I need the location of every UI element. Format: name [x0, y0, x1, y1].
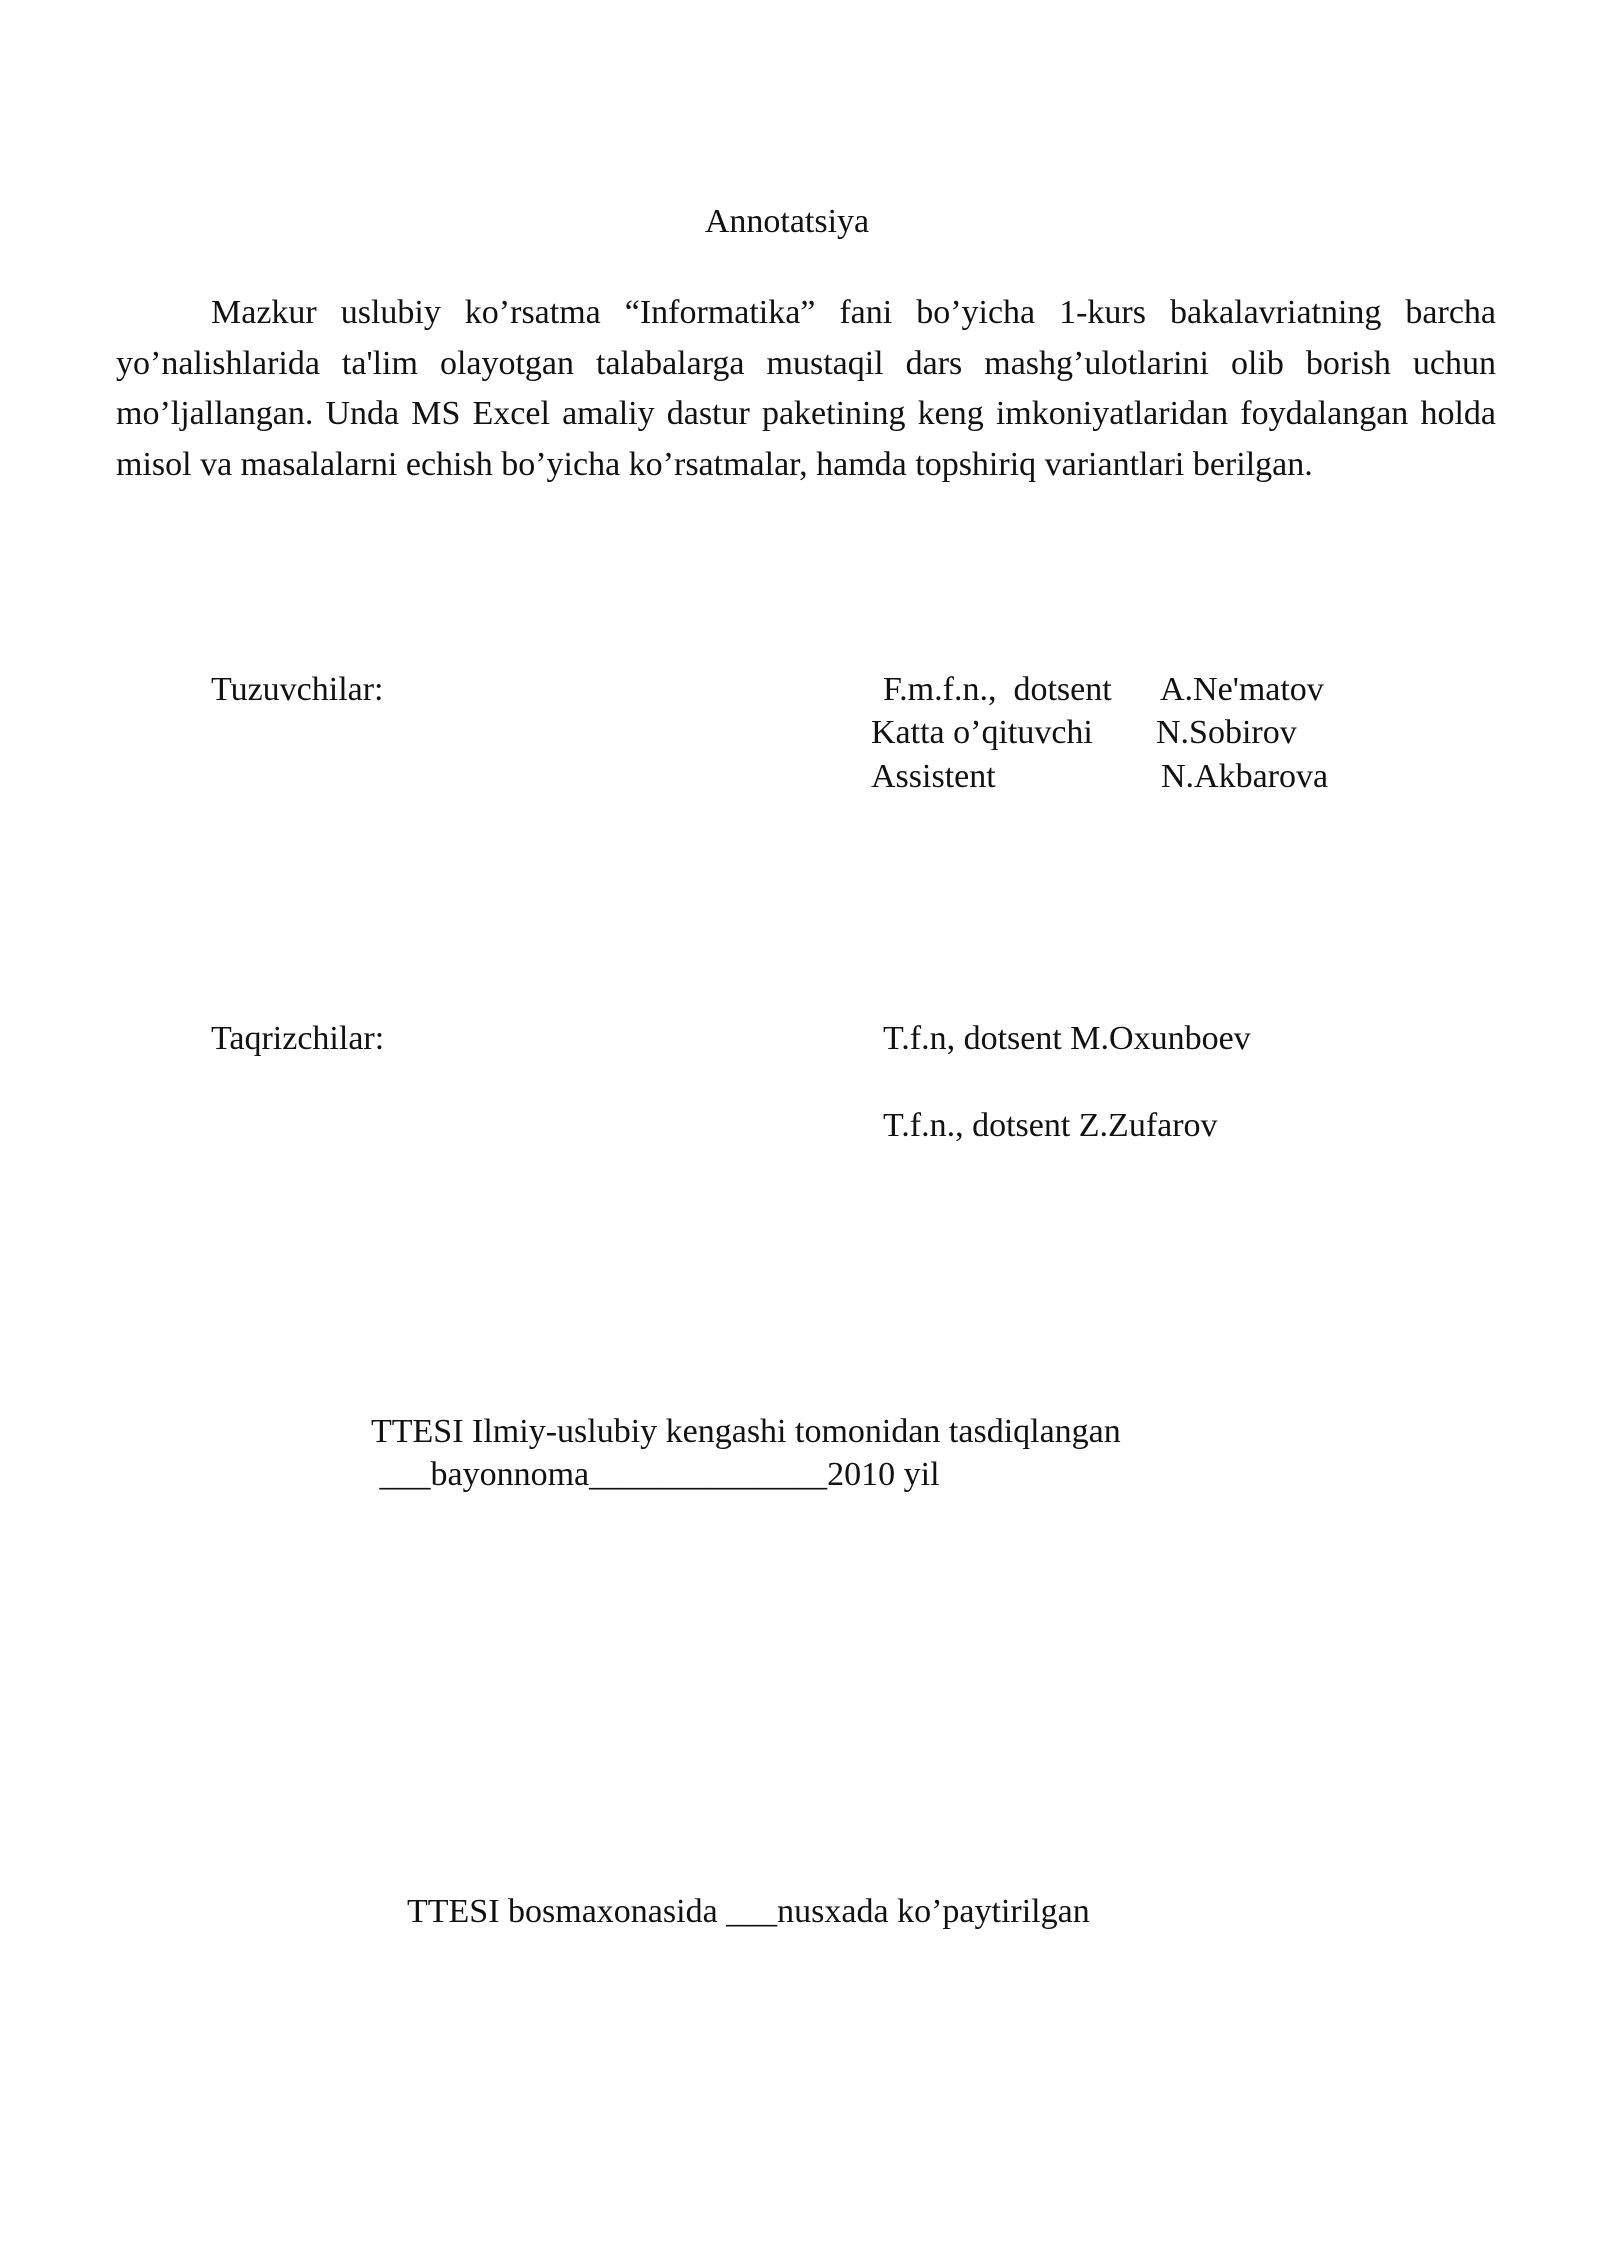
annotation-paragraph: Mazkur uslubiy ko’rsatma “Informatika” f… [116, 288, 1496, 490]
reviewer-2: T.f.n., dotsent Z.Zufarov [883, 1107, 1218, 1145]
reviewer-1: T.f.n, dotsent M.Oxunboev [883, 1020, 1251, 1058]
author-role-2: Katta o’qituvchi [871, 714, 1093, 752]
printing-note: TTESI bosmaxonasida ___nusxada ko’paytir… [407, 1893, 1090, 1931]
author-name-2: N.Sobirov [1156, 714, 1297, 752]
author-role-1: F.m.f.n., dotsent [883, 671, 1112, 709]
author-role-3: Assistent [871, 758, 996, 796]
approval-line-1: TTESI Ilmiy-uslubiy kengashi tomonidan t… [371, 1413, 1121, 1451]
author-name-1: A.Ne'matov [1160, 671, 1324, 709]
page-title: Annotatsiya [0, 203, 1574, 241]
approval-line-2: ___bayonnoma______________2010 yil [371, 1456, 940, 1494]
authors-label: Tuzuvchilar: [211, 671, 384, 709]
reviewers-label: Taqrizchilar: [211, 1020, 384, 1058]
author-name-3: N.Akbarova [1161, 758, 1328, 796]
